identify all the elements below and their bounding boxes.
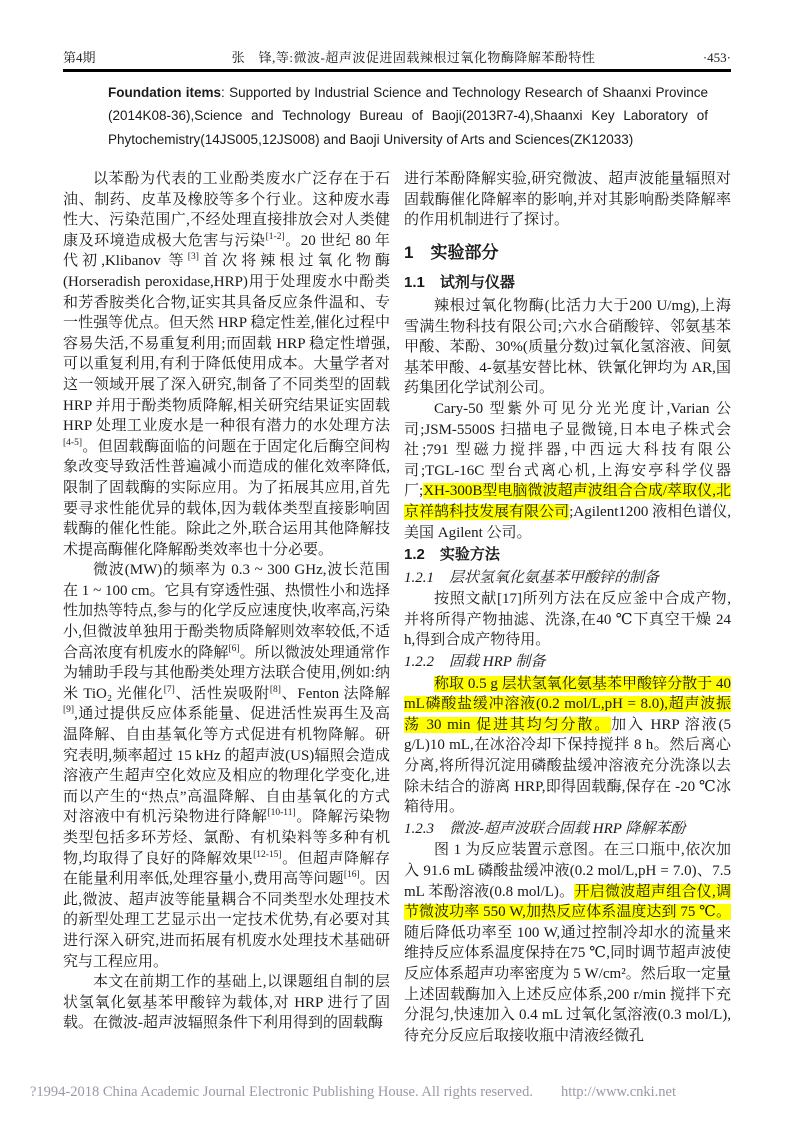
citation-ref: [3] [188, 252, 199, 262]
text-run: 1.2.3 微波-超声波联合固载 HRP 降解苯酚 [404, 821, 685, 837]
subsubsection-heading: 1.2.2 固载 HRP 制备 [404, 652, 731, 673]
page-number: ·453· [669, 50, 731, 66]
paragraph: 称取 0.5 g 层状氢氧化氨基苯甲酸锌分散于 40 mL磷酸盐缓冲溶液(0.2… [404, 674, 731, 818]
cnki-url: http://www.cnki.net [561, 1084, 676, 1100]
paragraph: 本文在前期工作的基础上,以课题组自制的层状氢氧化氨基苯甲酸锌为载体,对 HRP … [63, 972, 390, 1034]
journal-page: 第4期 张 锋,等:微波-超声波促进固载辣根过氧化物酶降解苯酚特性 ·453· … [0, 0, 794, 1122]
copyright-text: ?1994-2018 China Academic Journal Electr… [30, 1084, 533, 1100]
header-rule-divider [63, 69, 731, 72]
citation-ref: [8] [270, 685, 281, 695]
paragraph: 辣根过氧化物酶(比活力大于200 U/mg),上海雪满生物科技有限公司;六水合硝… [404, 296, 731, 399]
foundation-items-note: Foundation items: Supported by Industria… [108, 81, 708, 151]
left-column: 以苯酚为代表的工业酚类废水广泛存在于石油、制药、皮革及橡胶等多个行业。这种废水毒… [63, 169, 390, 1046]
text-run: 本文在前期工作的基础上,以课题组自制的层状氢氧化氨基苯甲酸锌为载体,对 HRP … [63, 974, 390, 1031]
text-run: 1.1 试剂与仪器 [404, 274, 515, 291]
subsubsection-heading: 1.2.1 层状氢氧化氨基苯甲酸锌的制备 [404, 568, 731, 589]
text-run: 1.2.2 固载 HRP 制备 [404, 654, 545, 670]
running-title: 张 锋,等:微波-超声波促进固载辣根过氧化物酶降解苯酚特性 [158, 47, 669, 66]
cnki-copyright-footer: ?1994-2018 China Academic Journal Electr… [30, 1084, 770, 1101]
subsubsection-heading: 1.2.3 微波-超声波联合固载 HRP 降解苯酚 [404, 819, 731, 840]
section-heading: 1 实验部分 [404, 243, 731, 264]
text-run: 按照文献[17]所列方法在反应釜中合成产物,并将所得产物抽滤、洗涤,在40 ℃下… [404, 591, 731, 648]
text-run: 随后降低功率至 100 W,通过控制冷却水的流量来维持反应体系温度保持在75 ℃… [404, 925, 731, 1044]
citation-ref: [12-15] [253, 850, 282, 860]
issue-label: 第4期 [63, 47, 158, 66]
text-run: 进行苯酚降解实验,研究微波、超声波能量辐照对固载酶催化降解率的影响,并对其影响酚… [404, 171, 731, 228]
foundation-items-label: Foundation items [108, 85, 221, 100]
right-column: 进行苯酚降解实验,研究微波、超声波能量辐照对固载酶催化降解率的影响,并对其影响酚… [404, 169, 731, 1046]
running-header: 第4期 张 锋,等:微波-超声波促进固载辣根过氧化物酶降解苯酚特性 ·453· [63, 47, 731, 66]
text-run: 。但固载酶面临的问题在于固定化后酶空间构象改变导致活性普遍减小而造成的催化效率降… [63, 439, 390, 558]
text-run: 、Fenton 法降解 [281, 686, 390, 702]
citation-ref: [7] [164, 685, 175, 695]
two-column-body: 以苯酚为代表的工业酚类废水广泛存在于石油、制药、皮革及橡胶等多个行业。这种废水毒… [63, 169, 731, 1046]
text-run: 1.2 实验方法 [404, 546, 500, 563]
citation-ref: [1-2] [266, 232, 285, 242]
text-run: 1 实验部分 [404, 243, 498, 262]
citation-ref: [16] [344, 870, 360, 880]
text-run: ,通过提供反应体系能量、促进活性炭再生及高温降解、自由基氧化等方式促进有机物降解… [63, 706, 390, 825]
paragraph: 微波(MW)的频率为 0.3 ~ 300 GHz,波长范围在 1 ~ 100 c… [63, 560, 390, 972]
paragraph-continuation: 进行苯酚降解实验,研究微波、超声波能量辐照对固载酶催化降解率的影响,并对其影响酚… [404, 169, 731, 231]
citation-ref: [9] [63, 705, 74, 715]
text-run: 首次将辣根过氧化物酶(Horseradish peroxidase,HRP)用于… [63, 253, 390, 434]
paragraph: 图 1 为反应装置示意图。在三口瓶中,依次加入 91.6 mL 磷酸盐缓冲液(0… [404, 840, 731, 1046]
text-run: 、活性炭吸附 [175, 686, 270, 702]
citation-ref: [10-11] [267, 808, 295, 818]
paragraph: Cary-50 型紫外可见分光光度计,Varian 公司;JSM-5500S 扫… [404, 399, 731, 543]
paragraph: 以苯酚为代表的工业酚类废水广泛存在于石油、制药、皮革及橡胶等多个行业。这种废水毒… [63, 169, 390, 560]
text-run: 1.2.1 层状氢氧化氨基苯甲酸锌的制备 [404, 570, 659, 586]
subsection-heading: 1.2 实验方法 [404, 545, 731, 566]
citation-ref: [6] [228, 644, 239, 654]
citation-ref: [4-5] [63, 438, 82, 448]
subsection-heading: 1.1 试剂与仪器 [404, 273, 731, 294]
paragraph: 按照文献[17]所列方法在反应釜中合成产物,并将所得产物抽滤、洗涤,在40 ℃下… [404, 589, 731, 651]
text-run: 辣根过氧化物酶(比活力大于200 U/mg),上海雪满生物科技有限公司;六水合硝… [404, 298, 731, 396]
